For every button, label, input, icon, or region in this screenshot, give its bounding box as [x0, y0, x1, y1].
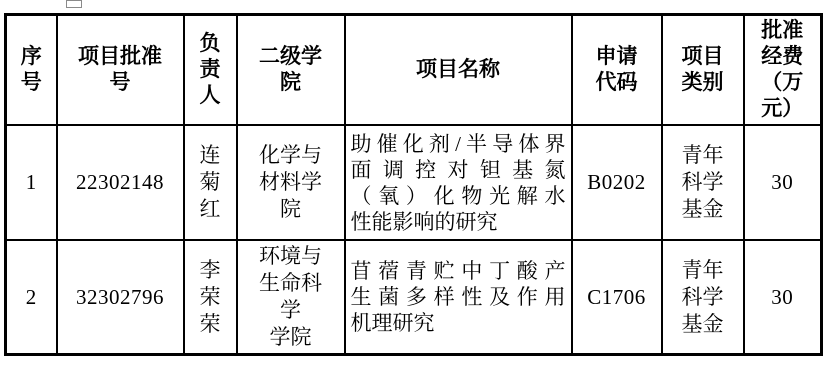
- cell-college: 环境与 生命科 学 学院: [237, 240, 345, 355]
- title-line: 机理研究: [351, 310, 566, 336]
- cell-category: 青年 科学 基金: [662, 125, 744, 240]
- header-cell-title: 项目名称: [345, 15, 572, 126]
- cell-pi: 连 菊 红: [184, 125, 237, 240]
- title-line: 生菌多样性及作用: [351, 284, 566, 310]
- header-cell-college: 二级学 院: [237, 15, 345, 126]
- header-row: 序 号 项目批准 号 负 责 人 二级学 院 项目名称 申请 代码 项目 类别 …: [6, 15, 822, 126]
- cell-project-title: 助催化剂/半导体界 面调控对钽基氮 （氧）化物光解水 性能影响的研究: [345, 125, 572, 240]
- header-cell-grant-no: 项目批准 号: [57, 15, 184, 126]
- cell-grant-no: 22302148: [57, 125, 184, 240]
- cell-index: 2: [6, 240, 57, 355]
- cell-code: C1706: [572, 240, 662, 355]
- cell-code: B0202: [572, 125, 662, 240]
- cell-project-title: 苜蓿青贮中丁酸产 生菌多样性及作用 机理研究: [345, 240, 572, 355]
- cell-index: 1: [6, 125, 57, 240]
- title-line: 性能影响的研究: [351, 209, 566, 235]
- cell-grant-no: 32302796: [57, 240, 184, 355]
- cell-funding: 30: [744, 125, 822, 240]
- header-cell-category: 项目 类别: [662, 15, 744, 126]
- header-cell-index: 序 号: [6, 15, 57, 126]
- table-row: 2 32302796 李 荣 荣 环境与 生命科 学 学院 苜蓿青贮中丁酸产 生…: [6, 240, 822, 355]
- cell-funding: 30: [744, 240, 822, 355]
- header-cell-funding: 批准 经费 （万 元）: [744, 15, 822, 126]
- title-line: 助催化剂/半导体界: [351, 131, 566, 157]
- header-cell-pi: 负 责 人: [184, 15, 237, 126]
- title-line: 面调控对钽基氮: [351, 157, 566, 183]
- table-row: 1 22302148 连 菊 红 化学与 材料学 院 助催化剂/半导体界 面调控…: [6, 125, 822, 240]
- title-line: 苜蓿青贮中丁酸产: [351, 258, 566, 284]
- grants-table: 序 号 项目批准 号 负 责 人 二级学 院 项目名称 申请 代码 项目 类别 …: [4, 13, 823, 356]
- title-line: （氧）化物光解水: [351, 183, 566, 209]
- cell-category: 青年 科学 基金: [662, 240, 744, 355]
- cell-pi: 李 荣 荣: [184, 240, 237, 355]
- document-page: 序 号 项目批准 号 负 责 人 二级学 院 项目名称 申请 代码 项目 类别 …: [0, 0, 826, 369]
- cell-college: 化学与 材料学 院: [237, 125, 345, 240]
- header-cell-code: 申请 代码: [572, 15, 662, 126]
- checkbox[interactable]: [66, 0, 82, 8]
